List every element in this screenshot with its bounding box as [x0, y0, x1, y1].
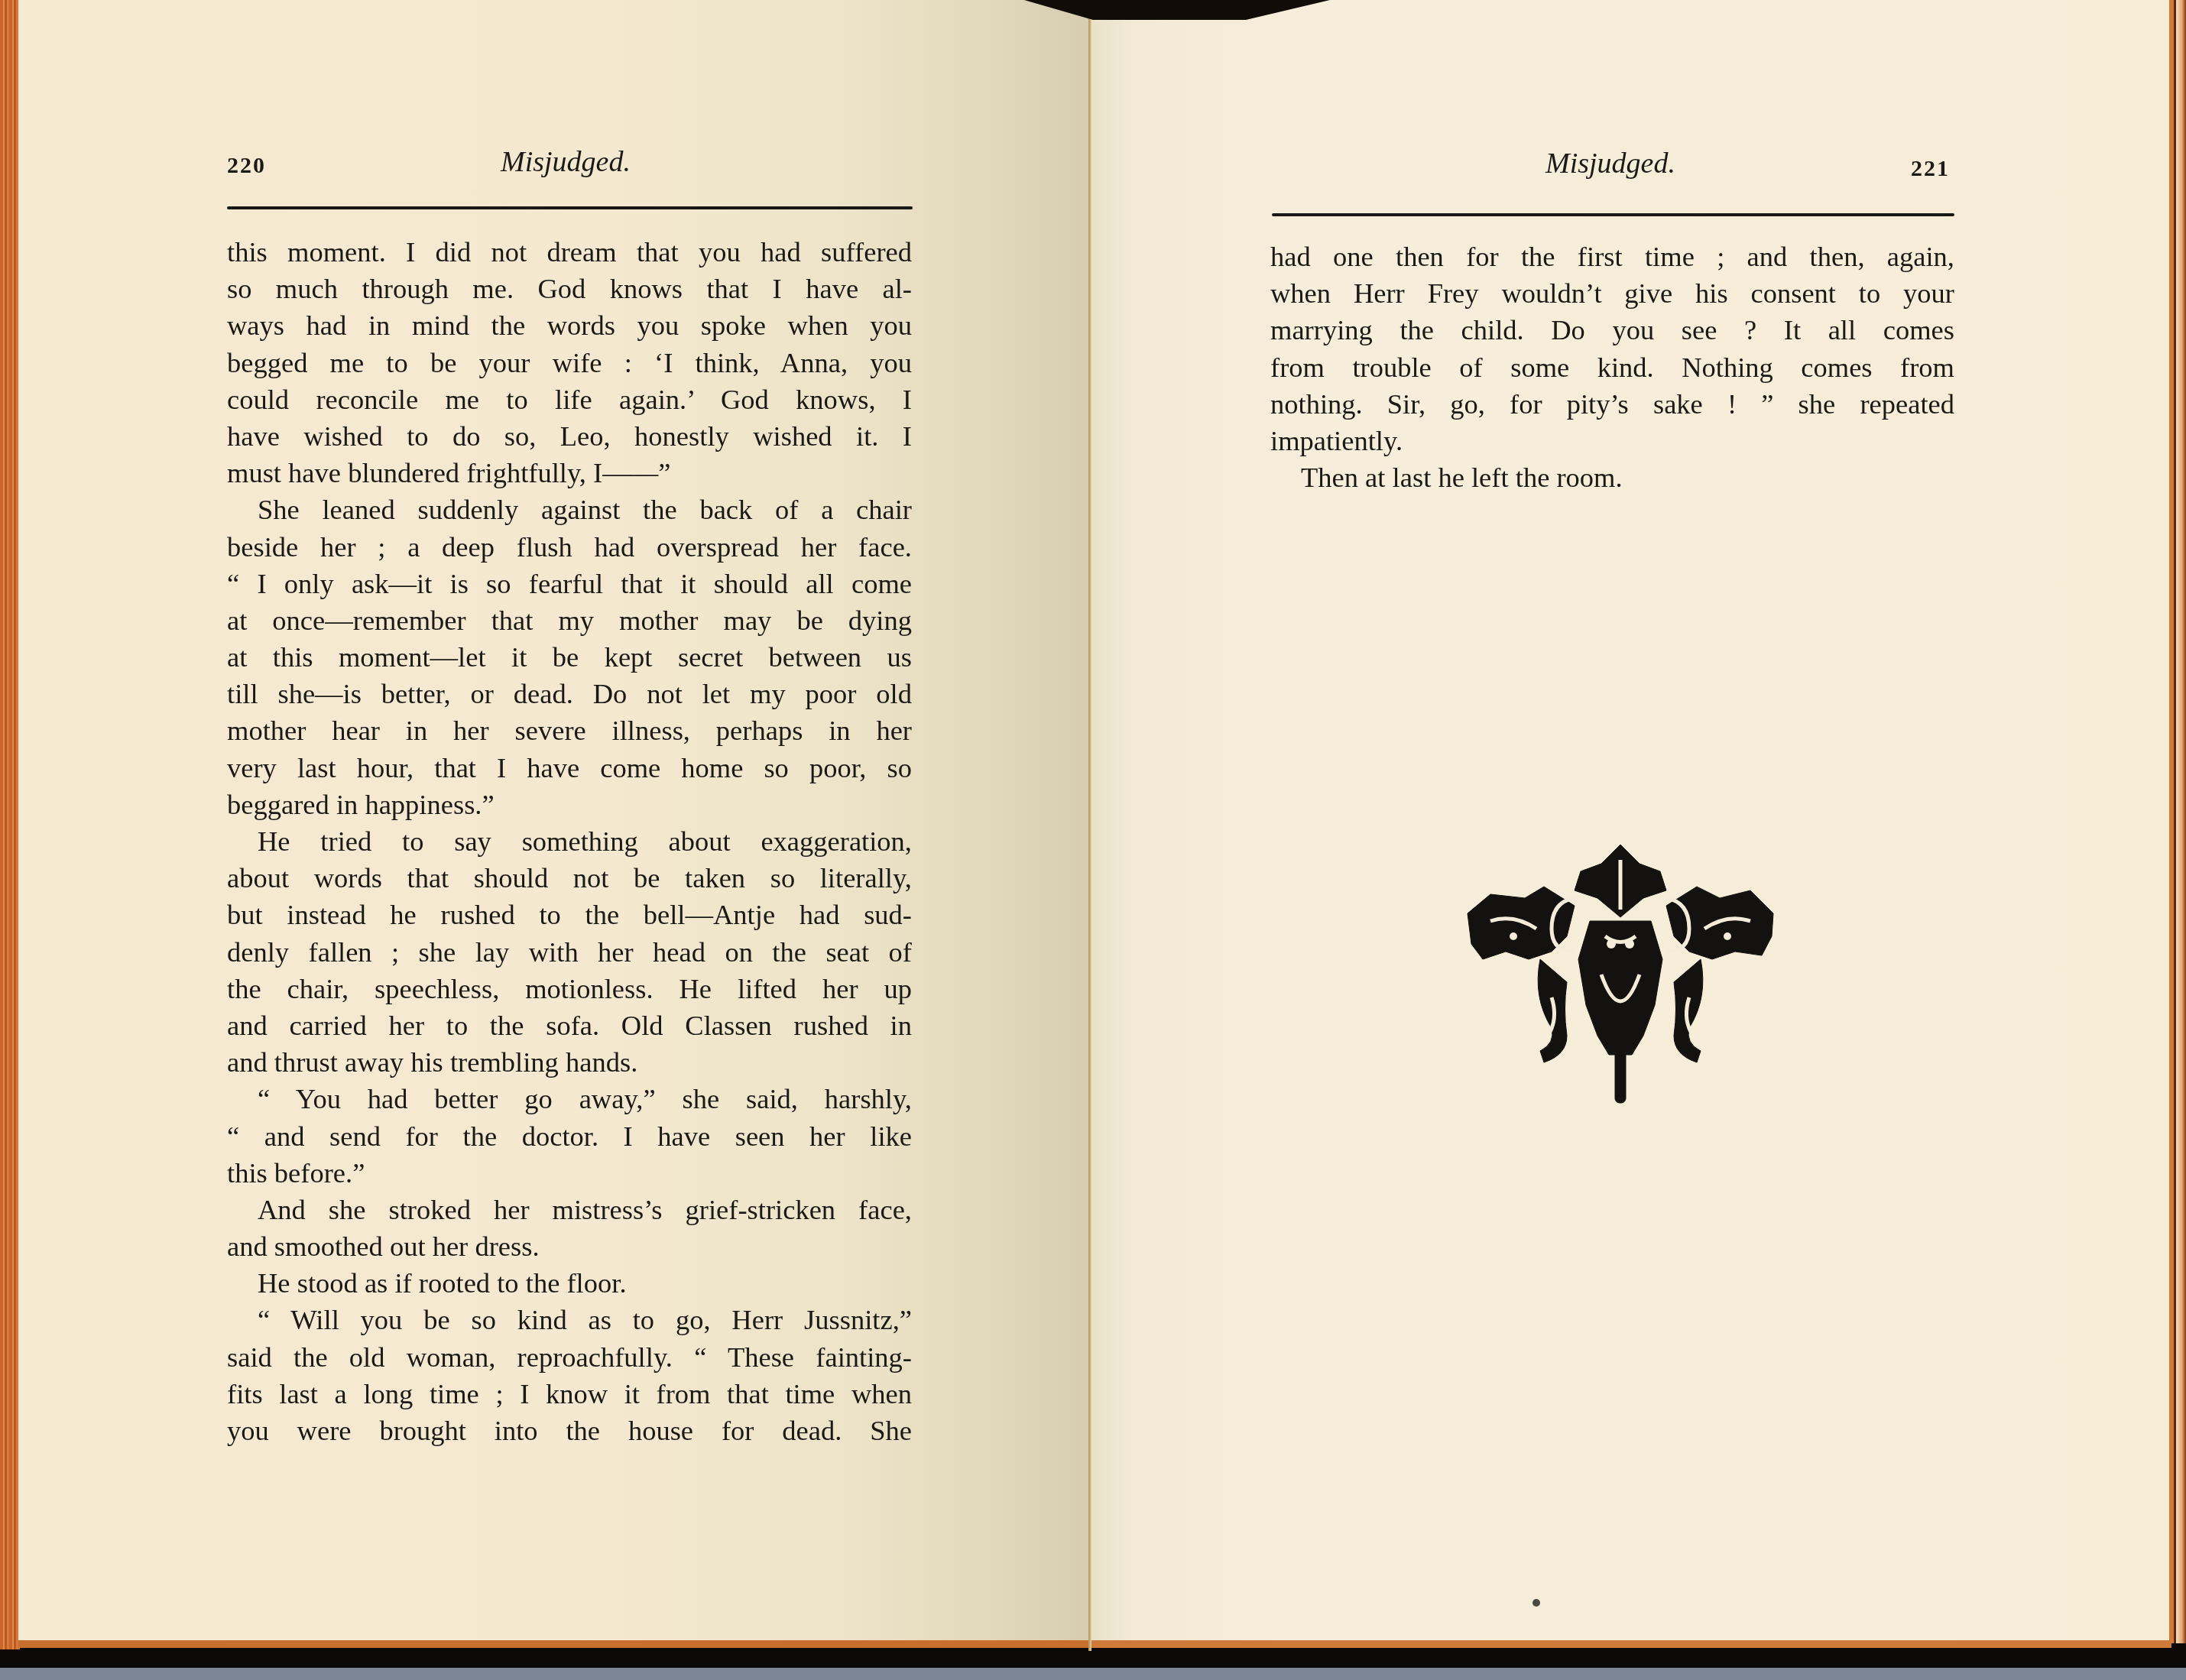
text-line: fits last a long time ; I know it from t… — [227, 1376, 912, 1412]
right-page-number: 221 — [1911, 156, 1950, 182]
text-line: Then at last he left the room. — [1270, 459, 1954, 496]
text-line: this moment. I did not dream that you ha… — [227, 234, 912, 271]
text-line: mother hear in her severe illness, perha… — [227, 712, 912, 749]
left-running-title: Misjudged. — [501, 145, 631, 179]
left-header-rule — [227, 206, 913, 209]
text-line: nothing. Sir, go, for pity’s sake ! ” sh… — [1270, 386, 1954, 423]
right-header-rule — [1272, 213, 1954, 216]
text-line: the chair, speechless, motionless. He li… — [227, 971, 912, 1007]
text-line: at this moment—let it be kept secret bet… — [227, 639, 912, 676]
text-line: and thrust away his trembling hands. — [227, 1044, 912, 1081]
spine-shadow — [1024, 0, 1330, 20]
text-line: ways had in mind the words you spoke whe… — [227, 307, 912, 344]
page-stack-left-edge — [0, 0, 20, 1649]
page-stack-right-edge-outer — [2176, 0, 2186, 1643]
book-gutter — [1088, 15, 1091, 1651]
text-line: very last hour, that I have come home so… — [227, 750, 912, 786]
text-line: at once—remember that my mother may be d… — [227, 602, 912, 639]
text-line: but instead he rushed to the bell—Antje … — [227, 897, 912, 933]
text-line: said the old woman, reproachfully. “ The… — [227, 1339, 912, 1376]
text-line: He stood as if rooted to the floor. — [227, 1265, 912, 1302]
left-page-number: 220 — [227, 153, 266, 179]
text-line: He tried to say something about exaggera… — [227, 823, 912, 860]
paper-speck — [1532, 1599, 1540, 1607]
text-line: “ You had better go away,” she said, har… — [227, 1081, 912, 1117]
text-line: “ and send for the doctor. I have seen h… — [227, 1118, 912, 1155]
text-line: this before.” — [227, 1155, 912, 1192]
left-page-text: this moment. I did not dream that you ha… — [227, 234, 912, 1449]
text-line: marrying the child. Do you see ? It all … — [1270, 312, 1954, 349]
text-line: you were brought into the house for dead… — [227, 1412, 912, 1449]
text-line: beggared in happiness.” — [227, 786, 912, 823]
text-line: had one then for the first time ; and th… — [1270, 238, 1954, 275]
tailpiece-ornament-icon — [1460, 845, 1781, 1104]
text-line: denly fallen ; she lay with her head on … — [227, 934, 912, 971]
text-line: must have blundered frightfully, I——” — [227, 455, 912, 491]
text-line: when Herr Frey wouldn’t give his consent… — [1270, 275, 1954, 312]
text-line: beside her ; a deep flush had overspread… — [227, 529, 912, 566]
right-running-title: Misjudged. — [1545, 147, 1675, 180]
text-line: till she—is better, or dead. Do not let … — [227, 676, 912, 712]
text-line: so much through me. God knows that I hav… — [227, 271, 912, 307]
text-line: “ I only ask—it is so fearful that it sh… — [227, 566, 912, 602]
text-line: and carried her to the sofa. Old Classen… — [227, 1007, 912, 1044]
text-line: about words that should not be taken so … — [227, 860, 912, 897]
text-line: impatiently. — [1270, 423, 1954, 459]
text-line: and smoothed out her dress. — [227, 1228, 912, 1265]
text-line: She leaned suddenly against the back of … — [227, 491, 912, 528]
text-line: could reconcile me to life again.’ God k… — [227, 381, 912, 418]
text-line: begged me to be your wife : ‘I think, An… — [227, 345, 912, 381]
text-line: And she stroked her mistress’s grief-str… — [227, 1192, 912, 1228]
text-line: “ Will you be so kind as to go, Herr Jus… — [227, 1302, 912, 1338]
right-page-text: had one then for the first time ; and th… — [1270, 238, 1954, 496]
text-line: have wished to do so, Leo, honestly wish… — [227, 418, 912, 455]
text-line: from trouble of some kind. Nothing comes… — [1270, 349, 1954, 386]
